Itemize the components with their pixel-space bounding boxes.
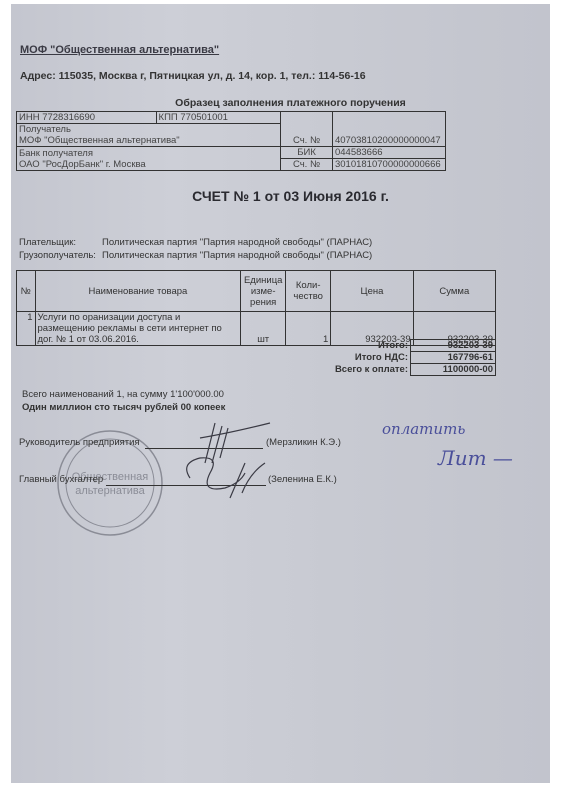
- vat-value: 167796-61: [411, 352, 496, 364]
- items-table: №Наименование товараЕдиница изме-ренияКо…: [16, 270, 496, 346]
- recipient-label: Получатель: [17, 124, 281, 136]
- items-header-cell: Наименование товара: [35, 271, 241, 312]
- director-label: Руководитель предприятия: [19, 437, 140, 448]
- items-header-cell: Цена: [331, 271, 413, 312]
- corr-account: 30101810700000000666: [332, 159, 445, 171]
- kpp: КПП 770501001: [156, 112, 281, 124]
- consignee: Политическая партия "Партия народной сво…: [102, 250, 372, 261]
- corr-account-label: Сч. №: [281, 159, 333, 171]
- signature-scribble-icon: [170, 418, 280, 508]
- payment-sample-title: Образец заполнения платежного поручения: [0, 97, 581, 109]
- item-name: Услуги по оранизации доступа и размещени…: [35, 312, 241, 346]
- bank-details-table: ИНН 7728316690 КПП 770501001 Сч. № 40703…: [16, 111, 446, 171]
- svg-text:альтернатива: альтернатива: [75, 485, 145, 497]
- recipient-name: МОФ "Общественная альтернатива": [17, 135, 281, 147]
- due-label: Всего к оплате:: [300, 364, 411, 376]
- payer-label: Плательщик:: [19, 237, 76, 248]
- bik-label: БИК: [281, 147, 333, 159]
- handwritten-signature: Лит —: [438, 446, 513, 470]
- consignee-label: Грузополучатель:: [19, 250, 96, 261]
- items-header-cell: Единица изме-рения: [241, 271, 286, 312]
- handwritten-note: оплатить: [382, 420, 465, 438]
- items-header-cell: Коли-чество: [286, 271, 331, 312]
- totals-table: Итого:932203-39 Итого НДС:167796-61 Всег…: [300, 339, 496, 376]
- bik: 044583666: [332, 147, 445, 159]
- accountant-label: Главный бухгалтер: [19, 474, 103, 485]
- inn: ИНН 7728316690: [17, 112, 157, 124]
- total-value: 932203-39: [411, 340, 496, 352]
- items-header-cell: №: [17, 271, 36, 312]
- due-value: 1100000-00: [411, 364, 496, 376]
- account-number: 40703810200000000047: [332, 112, 445, 147]
- account-label: Сч. №: [281, 112, 333, 147]
- summary-count: Всего наименований 1, на сумму 1'100'000…: [22, 389, 224, 400]
- item-num: 1: [17, 312, 36, 346]
- amount-in-words: Один миллион сто тысяч рублей 00 копеек: [22, 402, 225, 413]
- organization-address: Адрес: 115035, Москва г, Пятницкая ул, д…: [20, 70, 366, 82]
- item-unit: шт: [241, 312, 286, 346]
- vat-label: Итого НДС:: [300, 352, 411, 364]
- items-header-cell: Сумма: [413, 271, 495, 312]
- total-label: Итого:: [300, 340, 411, 352]
- payer: Политическая партия "Партия народной сво…: [102, 237, 372, 248]
- bank-label: Банк получателя: [17, 147, 281, 159]
- organization-name: МОФ "Общественная альтернатива": [20, 44, 219, 56]
- bank-name: ОАО "РосДорБанк" г. Москва: [17, 159, 281, 171]
- invoice-title: СЧЕТ № 1 от 03 Июня 2016 г.: [0, 188, 581, 204]
